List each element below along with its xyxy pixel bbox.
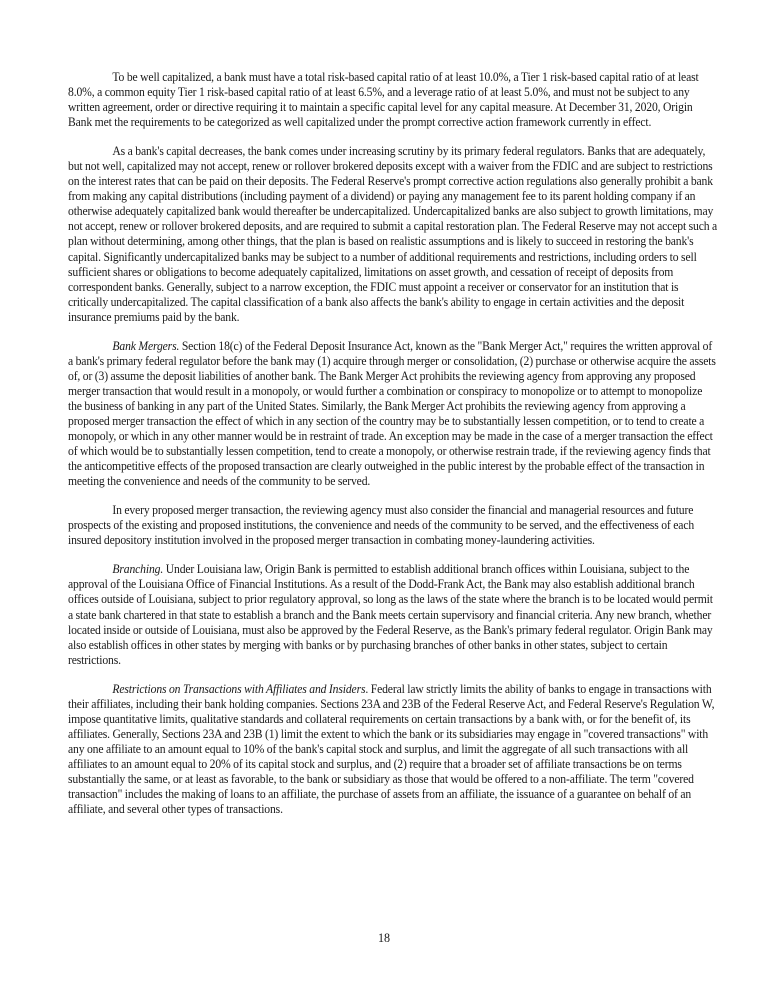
paragraph-capital-decreases: As a bank's capital decreases, the bank …	[68, 144, 717, 325]
paragraph-text: Section 18(c) of the Federal Deposit Ins…	[68, 339, 716, 488]
page-number: 18	[0, 931, 768, 946]
paragraph-affiliate-transactions: Restrictions on Transactions with Affili…	[68, 682, 717, 817]
paragraph-text: In every proposed merger transaction, th…	[68, 503, 694, 547]
paragraph-branching: Branching. Under Louisiana law, Origin B…	[68, 562, 717, 667]
paragraph-heading-affiliates: Restrictions on Transactions with Affili…	[112, 682, 365, 696]
document-page: To be well capitalized, a bank must have…	[68, 70, 718, 831]
paragraph-heading-bank-mergers: Bank Mergers.	[112, 339, 179, 353]
paragraph-heading-branching: Branching.	[112, 562, 163, 576]
paragraph-bank-mergers: Bank Mergers. Section 18(c) of the Feder…	[68, 339, 717, 489]
paragraph-merger-considerations: In every proposed merger transaction, th…	[68, 503, 717, 548]
paragraph-text: Under Louisiana law, Origin Bank is perm…	[68, 562, 713, 666]
paragraph-text: As a bank's capital decreases, the bank …	[68, 144, 717, 324]
paragraph-text: To be well capitalized, a bank must have…	[68, 70, 699, 129]
paragraph-well-capitalized: To be well capitalized, a bank must have…	[68, 70, 717, 130]
paragraph-text: . Federal law strictly limits the abilit…	[68, 682, 714, 816]
